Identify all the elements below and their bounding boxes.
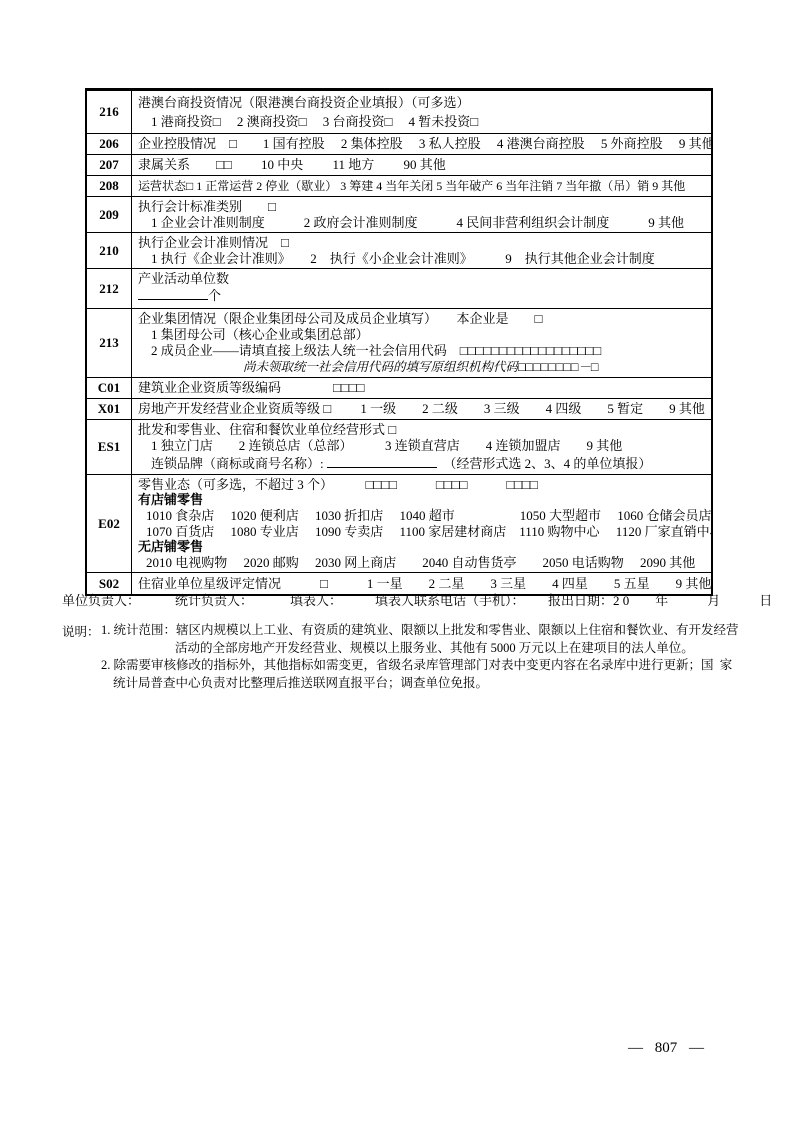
table-row-213: 213 企业集团情况（限企业集团母公司及成员企业填写） 本企业是 □ 1 集团母…: [87, 308, 711, 377]
row-code-210: 210: [87, 233, 132, 268]
row-210-content: 执行企业会计准则情况 □ 1 执行《企业会计准则》 2 执行《小企业会计准则》 …: [132, 233, 711, 268]
row-code-es1: ES1: [87, 420, 132, 474]
row-code-208: 208: [87, 176, 132, 196]
row-c01-content: 建筑业企业资质等级编码 □□□□: [132, 378, 711, 398]
row-e02-store-retail-heading: 有店铺零售: [138, 492, 705, 508]
row-213-content: 企业集团情况（限企业集团母公司及成员企业填写） 本企业是 □ 1 集团母公司（核…: [132, 309, 711, 377]
unit-head-label: 单位负责人：: [62, 590, 140, 609]
table-row-es1: ES1 批发和零售业、住宿和餐饮业单位经营形式 □ 1 独立门店 2 连锁总店（…: [87, 419, 711, 474]
table-row-209: 209 执行会计标准类别 □ 1 企业会计准则制度 2 政府会计准则制度 4 民…: [87, 196, 711, 232]
fill-in-blank: [138, 287, 208, 300]
row-213-option-2-with-code-boxes: 2 成员企业——请填直接上级法人统一社会信用代码 □□□□□□□□□□□□□□□…: [138, 343, 705, 359]
table-row-x01: X01 房地产开发经营业企业资质等级 □ 1 一级 2 二级 3 三级 4 四级…: [87, 398, 711, 419]
row-210-options: 1 执行《企业会计准则》 2 执行《小企业会计准则》 9 执行其他企业会计制度: [138, 251, 705, 267]
notes-section: 说明： 1. 统计范围：辖区内规模以上工业、有资质的建筑业、限额以上批发和零售业…: [62, 622, 752, 692]
row-code-216: 216: [87, 91, 132, 133]
row-206-options-with-checkbox: 企业控股情况 □ 1 国有控股 2 集体控股 3 私人控股 4 港澳台商控股 5…: [138, 136, 711, 152]
fill-in-blank: [327, 455, 437, 468]
row-es1-brand-note: （经营形式选 2、3、4 的单位填报）: [437, 456, 652, 471]
row-209-options: 1 企业会计准则制度 2 政府会计准则制度 4 民间非营利组织会计制度 9 其他: [138, 215, 705, 231]
report-date-label: 报出日期：2 0 年 月 日: [548, 590, 772, 609]
signature-line: 单位负责人： 统计负责人： 填表人： 填表人联系电话（手机）： 报出日期：2 0…: [0, 590, 793, 610]
row-code-207: 207: [87, 155, 132, 175]
note-2-line-1: 2. 除需要审核修改的指标外，其他指标如需变更，省级名录库管理部门对表中变更内容…: [101, 657, 752, 675]
page-number: — 807 —: [628, 1040, 704, 1057]
row-es1-content: 批发和零售业、住宿和餐饮业单位经营形式 □ 1 独立门店 2 连锁总店（总部） …: [132, 420, 711, 474]
note-2-line-2: 统计局普查中心负责对比整理后推送联网直报平台；调查单位免报。: [101, 675, 752, 693]
row-212-title: 产业活动单位数: [138, 271, 705, 287]
table-row-c01: C01 建筑业企业资质等级编码 □□□□: [87, 377, 711, 398]
row-e02-store-options-1: 1010 食杂店 1020 便利店 1030 折扣店 1040 超市 1050 …: [138, 508, 705, 524]
table-row-206: 206 企业控股情况 □ 1 国有控股 2 集体控股 3 私人控股 4 港澳台商…: [87, 133, 711, 154]
filler-phone-label: 填表人联系电话（手机）：: [375, 590, 525, 609]
row-208-options-with-checkbox: 运营状态□ 1 正常运营 2 停业（歇业） 3 筹建 4 当年关闭 5 当年破产…: [138, 178, 685, 194]
row-213-org-code-note-with-boxes: 尚未领取统一社会信用代码的填写原组织机构代码□□□□□□□□－□: [138, 359, 705, 375]
row-code-213: 213: [87, 309, 132, 377]
row-code-c01: C01: [87, 378, 132, 398]
statistics-form-table: 216 港澳台商投资情况（限港澳台商投资企业填报）（可多选） 1 港商投资□ 2…: [85, 88, 713, 596]
row-213-title-with-checkbox: 企业集团情况（限企业集团母公司及成员企业填写） 本企业是 □: [138, 311, 705, 327]
table-row-208: 208 运营状态□ 1 正常运营 2 停业（歇业） 3 筹建 4 当年关闭 5 …: [87, 175, 711, 196]
row-210-title-with-checkbox: 执行企业会计准则情况 □: [138, 235, 705, 251]
note-1-line-1: 1. 统计范围：辖区内规模以上工业、有资质的建筑业、限额以上批发和零售业、限额以…: [101, 622, 752, 640]
row-e02-content: 零售业态（可多选，不超过 3 个） □□□□ □□□□ □□□□ 有店铺零售 1…: [132, 475, 711, 573]
table-row-212: 212 产业活动单位数 个: [87, 268, 711, 308]
row-e02-store-options-2: 1070 百货店 1080 专业店 1090 专卖店 1100 家居建材商店 1…: [138, 524, 705, 540]
row-es1-options: 1 独立门店 2 连锁总店（总部） 3 连锁直营店 4 连锁加盟店 9 其他: [138, 438, 705, 454]
row-208-content: 运营状态□ 1 正常运营 2 停业（歇业） 3 筹建 4 当年关闭 5 当年破产…: [132, 176, 711, 196]
row-206-content: 企业控股情况 □ 1 国有控股 2 集体控股 3 私人控股 4 港澳台商控股 5…: [132, 134, 711, 154]
note-1-line-2: 活动的全部房地产开发经营业、规模以上服务业、其他有 5000 万元以上在建项目的…: [101, 640, 752, 658]
row-es1-brand-label: 连锁品牌（商标或商号名称）:: [151, 456, 327, 471]
row-x01-options-with-checkbox: 房地产开发经营业企业资质等级 □ 1 一级 2 二级 3 三级 4 四级 5 暂…: [138, 401, 705, 417]
table-row-210: 210 执行企业会计准则情况 □ 1 执行《企业会计准则》 2 执行《小企业会计…: [87, 232, 711, 268]
statistics-head-label: 统计负责人：: [175, 590, 253, 609]
row-e02-nonstore-options: 2010 电视购物 2020 邮购 2030 网上商店 2040 自动售货亭 2…: [138, 555, 705, 571]
row-216-options-with-checkboxes: 1 港商投资□ 2 澳商投资□ 3 台商投资□ 4 暂未投资□: [138, 112, 705, 131]
row-212-fill-line: 个: [138, 287, 705, 304]
row-es1-title-with-checkbox: 批发和零售业、住宿和餐饮业单位经营形式 □: [138, 422, 705, 438]
row-216-title: 港澳台商投资情况（限港澳台商投资企业填报）（可多选）: [138, 93, 705, 112]
row-e02-title-with-checkboxes: 零售业态（可多选，不超过 3 个） □□□□ □□□□ □□□□: [138, 477, 705, 493]
row-es1-brand-line: 连锁品牌（商标或商号名称）: （经营形式选 2、3、4 的单位填报）: [138, 455, 705, 472]
row-code-e02: E02: [87, 475, 132, 573]
row-213-option-1: 1 集团母公司（核心企业或集团总部）: [138, 327, 705, 343]
row-code-209: 209: [87, 197, 132, 232]
row-212-unit-suffix: 个: [208, 288, 221, 303]
row-209-content: 执行会计标准类别 □ 1 企业会计准则制度 2 政府会计准则制度 4 民间非营利…: [132, 197, 711, 232]
row-212-content: 产业活动单位数 个: [132, 269, 711, 308]
row-207-options-with-checkboxes: 隶属关系 □□ 10 中央 11 地方 90 其他: [138, 157, 446, 173]
table-row-216: 216 港澳台商投资情况（限港澳台商投资企业填报）（可多选） 1 港商投资□ 2…: [87, 91, 711, 133]
row-c01-title-with-code-boxes: 建筑业企业资质等级编码 □□□□: [138, 380, 364, 396]
table-row-e02: E02 零售业态（可多选，不超过 3 个） □□□□ □□□□ □□□□ 有店铺…: [87, 474, 711, 573]
row-code-212: 212: [87, 269, 132, 308]
row-207-content: 隶属关系 □□ 10 中央 11 地方 90 其他: [132, 155, 711, 175]
row-code-x01: X01: [87, 399, 132, 419]
notes-lines: 1. 统计范围：辖区内规模以上工业、有资质的建筑业、限额以上批发和零售业、限额以…: [101, 622, 752, 692]
row-e02-nonstore-retail-heading: 无店铺零售: [138, 539, 705, 555]
form-filler-label: 填表人：: [290, 590, 342, 609]
row-216-content: 港澳台商投资情况（限港澳台商投资企业填报）（可多选） 1 港商投资□ 2 澳商投…: [132, 91, 711, 133]
row-x01-content: 房地产开发经营业企业资质等级 □ 1 一级 2 二级 3 三级 4 四级 5 暂…: [132, 399, 711, 419]
row-code-206: 206: [87, 134, 132, 154]
row-209-title-with-checkbox: 执行会计标准类别 □: [138, 199, 705, 215]
notes-label: 说明：: [62, 622, 100, 640]
table-row-207: 207 隶属关系 □□ 10 中央 11 地方 90 其他: [87, 154, 711, 175]
document-page: 216 港澳台商投资情况（限港澳台商投资企业填报）（可多选） 1 港商投资□ 2…: [0, 0, 793, 1122]
